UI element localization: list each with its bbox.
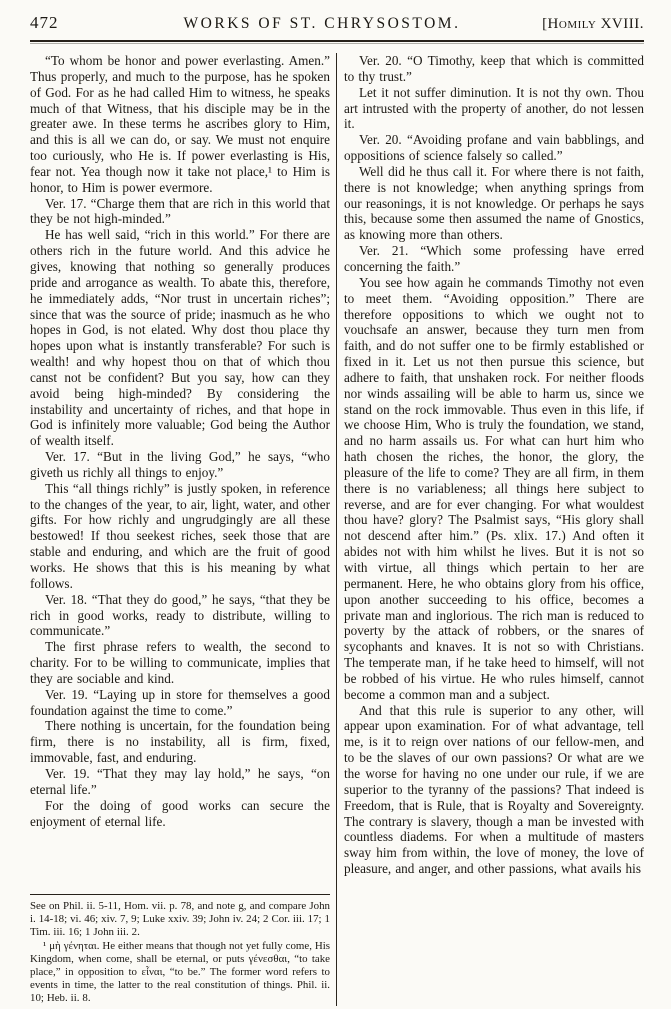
verse-paragraph: Ver. 20. “O Timothy, keep that which is … [344,53,644,85]
paragraph: Well did he thus call it. For where ther… [344,164,644,243]
paragraph: There nothing is uncertain, for the foun… [30,718,330,766]
page-number: 472 [30,13,110,33]
paragraph: For the doing of good works can secure t… [30,798,330,830]
verse-paragraph: Ver. 18. “That they do good,” he says, “… [30,592,330,640]
verse-paragraph: Ver. 21. “Which some professing have err… [344,243,644,275]
paragraph: The first phrase refers to wealth, the s… [30,639,330,687]
running-header: 472 WORKS OF ST. CHRYSOSTOM. [Homily XVI… [30,13,644,33]
verse-paragraph: Ver. 17. “But in the living God,” he say… [30,449,330,481]
running-title: WORKS OF ST. CHRYSOSTOM. [110,15,534,33]
footnote-reference-note: See on Phil. ii. 5-11, Hom. vii. p. 78, … [30,900,330,939]
verse-paragraph: Ver. 19. “Laying up in store for themsel… [30,687,330,719]
left-column: “To whom be honor and power everlasting.… [30,53,330,1009]
header-rule [30,40,644,44]
verse-paragraph: Ver. 19. “That they may lay hold,” he sa… [30,766,330,798]
book-page: 472 WORKS OF ST. CHRYSOSTOM. [Homily XVI… [0,0,671,1009]
footnotes: See on Phil. ii. 5-11, Hom. vii. p. 78, … [30,894,330,1005]
verse-paragraph: Ver. 20. “Avoiding profane and vain babb… [344,132,644,164]
paragraph: And that this rule is superior to any ot… [344,703,644,877]
footnote-1: ¹ μὴ γένηται. He either means that thoug… [30,940,330,1005]
paragraph: He has well said, “rich in this world.” … [30,227,330,449]
homily-label: [Homily XVIII. [534,16,644,33]
paragraph: You see how again he commands Timothy no… [344,275,644,703]
text-columns: “To whom be honor and power everlasting.… [30,53,644,1009]
right-column: Ver. 20. “O Timothy, keep that which is … [344,53,644,1009]
paragraph: Let it not suffer diminution. It is not … [344,85,644,133]
column-divider-rule [336,53,337,1006]
paragraph: “To whom be honor and power everlasting.… [30,53,330,196]
paragraph: This “all things richly” is justly spoke… [30,481,330,592]
verse-paragraph: Ver. 17. “Charge them that are rich in t… [30,196,330,228]
